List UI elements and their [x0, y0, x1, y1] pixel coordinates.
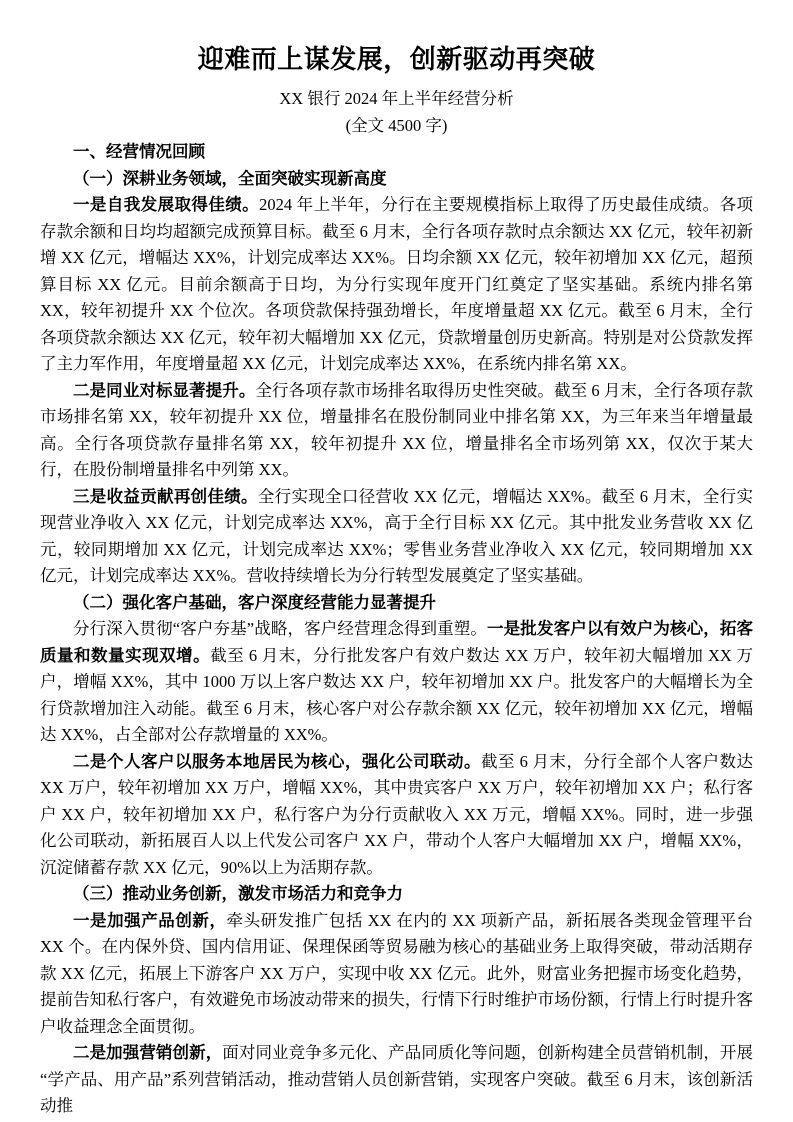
- paragraph-6: 一是加强产品创新，牵头研发推广包括 XX 在内的 XX 项新产品，新拓展各类现金…: [40, 908, 753, 1041]
- document-title: 迎难而上谋发展，创新驱动再突破: [40, 42, 753, 78]
- word-count: (全文 4500 字): [40, 113, 753, 140]
- paragraph-1-body: 2024 年上半年，分行在主要规模指标上取得了历史最佳成绩。各项存款余额和日均均…: [40, 195, 753, 373]
- subsection-heading-1-2: （二）强化客户基础，客户深度经营能力显著提升: [40, 590, 753, 617]
- subsection-heading-1-3: （三）推动业务创新，激发市场活力和竞争力: [40, 881, 753, 908]
- document-subtitle: XX 银行 2024 年上半年经营分析: [40, 86, 753, 113]
- paragraph-2-lead: 二是同业对标显著提升。: [73, 382, 255, 400]
- paragraph-3-lead: 三是收益贡献再创佳绩。: [73, 488, 258, 506]
- subsection-heading-1-1: （一）深耕业务领域，全面突破实现新高度: [40, 166, 753, 193]
- paragraph-3: 三是收益贡献再创佳绩。全行实现全口径营收 XX 亿元，增幅达 XX%。截至 6 …: [40, 484, 753, 590]
- paragraph-7-lead: 二是加强营销创新，: [73, 1044, 222, 1062]
- paragraph-7: 二是加强营销创新，面对同业竞争多元化、产品同质化等问题，创新构建全员营销机制，开…: [40, 1040, 753, 1120]
- paragraph-4-intro: 分行深入贯彻“客户夯基”战略，客户经营理念得到重塑。: [73, 619, 487, 638]
- paragraph-5: 二是个人客户以服务本地居民为核心，强化公司联动。截至 6 月末，分行全部个人客户…: [40, 749, 753, 882]
- paragraph-1: 一是自我发展取得佳绩。2024 年上半年，分行在主要规模指标上取得了历史最佳成绩…: [40, 192, 753, 378]
- section-heading-1: 一、经营情况回顾: [40, 139, 753, 166]
- paragraph-4: 分行深入贯彻“客户夯基”战略，客户经营理念得到重塑。一是批发客户以有效户为核心，…: [40, 616, 753, 749]
- paragraph-5-lead: 二是个人客户以服务本地居民为核心，强化公司联动。: [73, 753, 481, 771]
- paragraph-6-lead: 一是加强产品创新，: [73, 912, 227, 930]
- paragraph-1-lead: 一是自我发展取得佳绩。: [73, 196, 259, 214]
- document-page: 迎难而上谋发展，创新驱动再突破 XX 银行 2024 年上半年经营分析 (全文 …: [0, 0, 793, 1122]
- paragraph-2: 二是同业对标显著提升。全行各项存款市场排名取得历史性突破。截至 6 月末，全行各…: [40, 378, 753, 484]
